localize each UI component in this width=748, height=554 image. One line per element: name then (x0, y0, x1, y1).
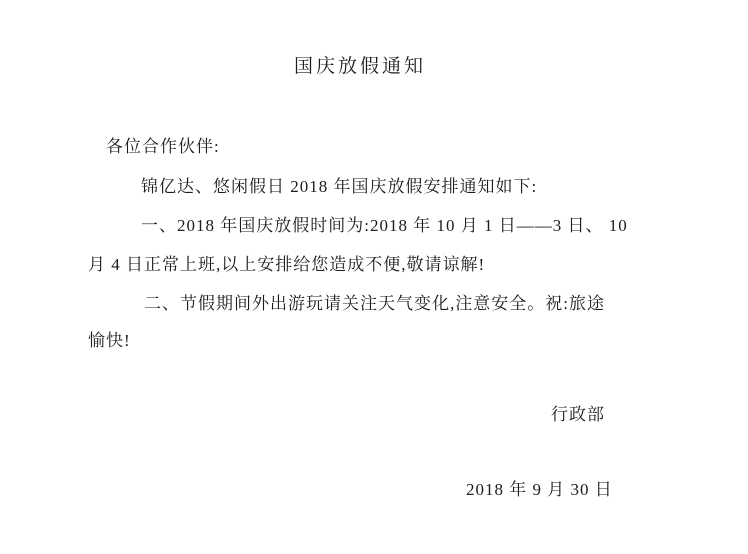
body-line-4: 二、节假期间外出游玩请关注天气变化,注意安全。祝:旅途 (144, 293, 605, 315)
body-line-3: 月 4 日正常上班,以上安排给您造成不便,敬请谅解! (88, 254, 485, 276)
document-page: 国庆放假通知 各位合作伙伴: 锦亿达、悠闲假日 2018 年国庆放假安排通知如下… (0, 0, 748, 554)
body-line-1: 锦亿达、悠闲假日 2018 年国庆放假安排通知如下: (141, 176, 537, 198)
body-line-2: 一、2018 年国庆放假时间为:2018 年 10 月 1 日——3 日、 10 (141, 215, 628, 237)
salutation: 各位合作伙伴: (106, 136, 220, 158)
body-line-5: 愉快! (88, 330, 131, 352)
signature-department: 行政部 (551, 404, 605, 426)
date-line: 2018 年 9 月 30 日 (466, 479, 613, 501)
document-title: 国庆放假通知 (0, 56, 720, 78)
